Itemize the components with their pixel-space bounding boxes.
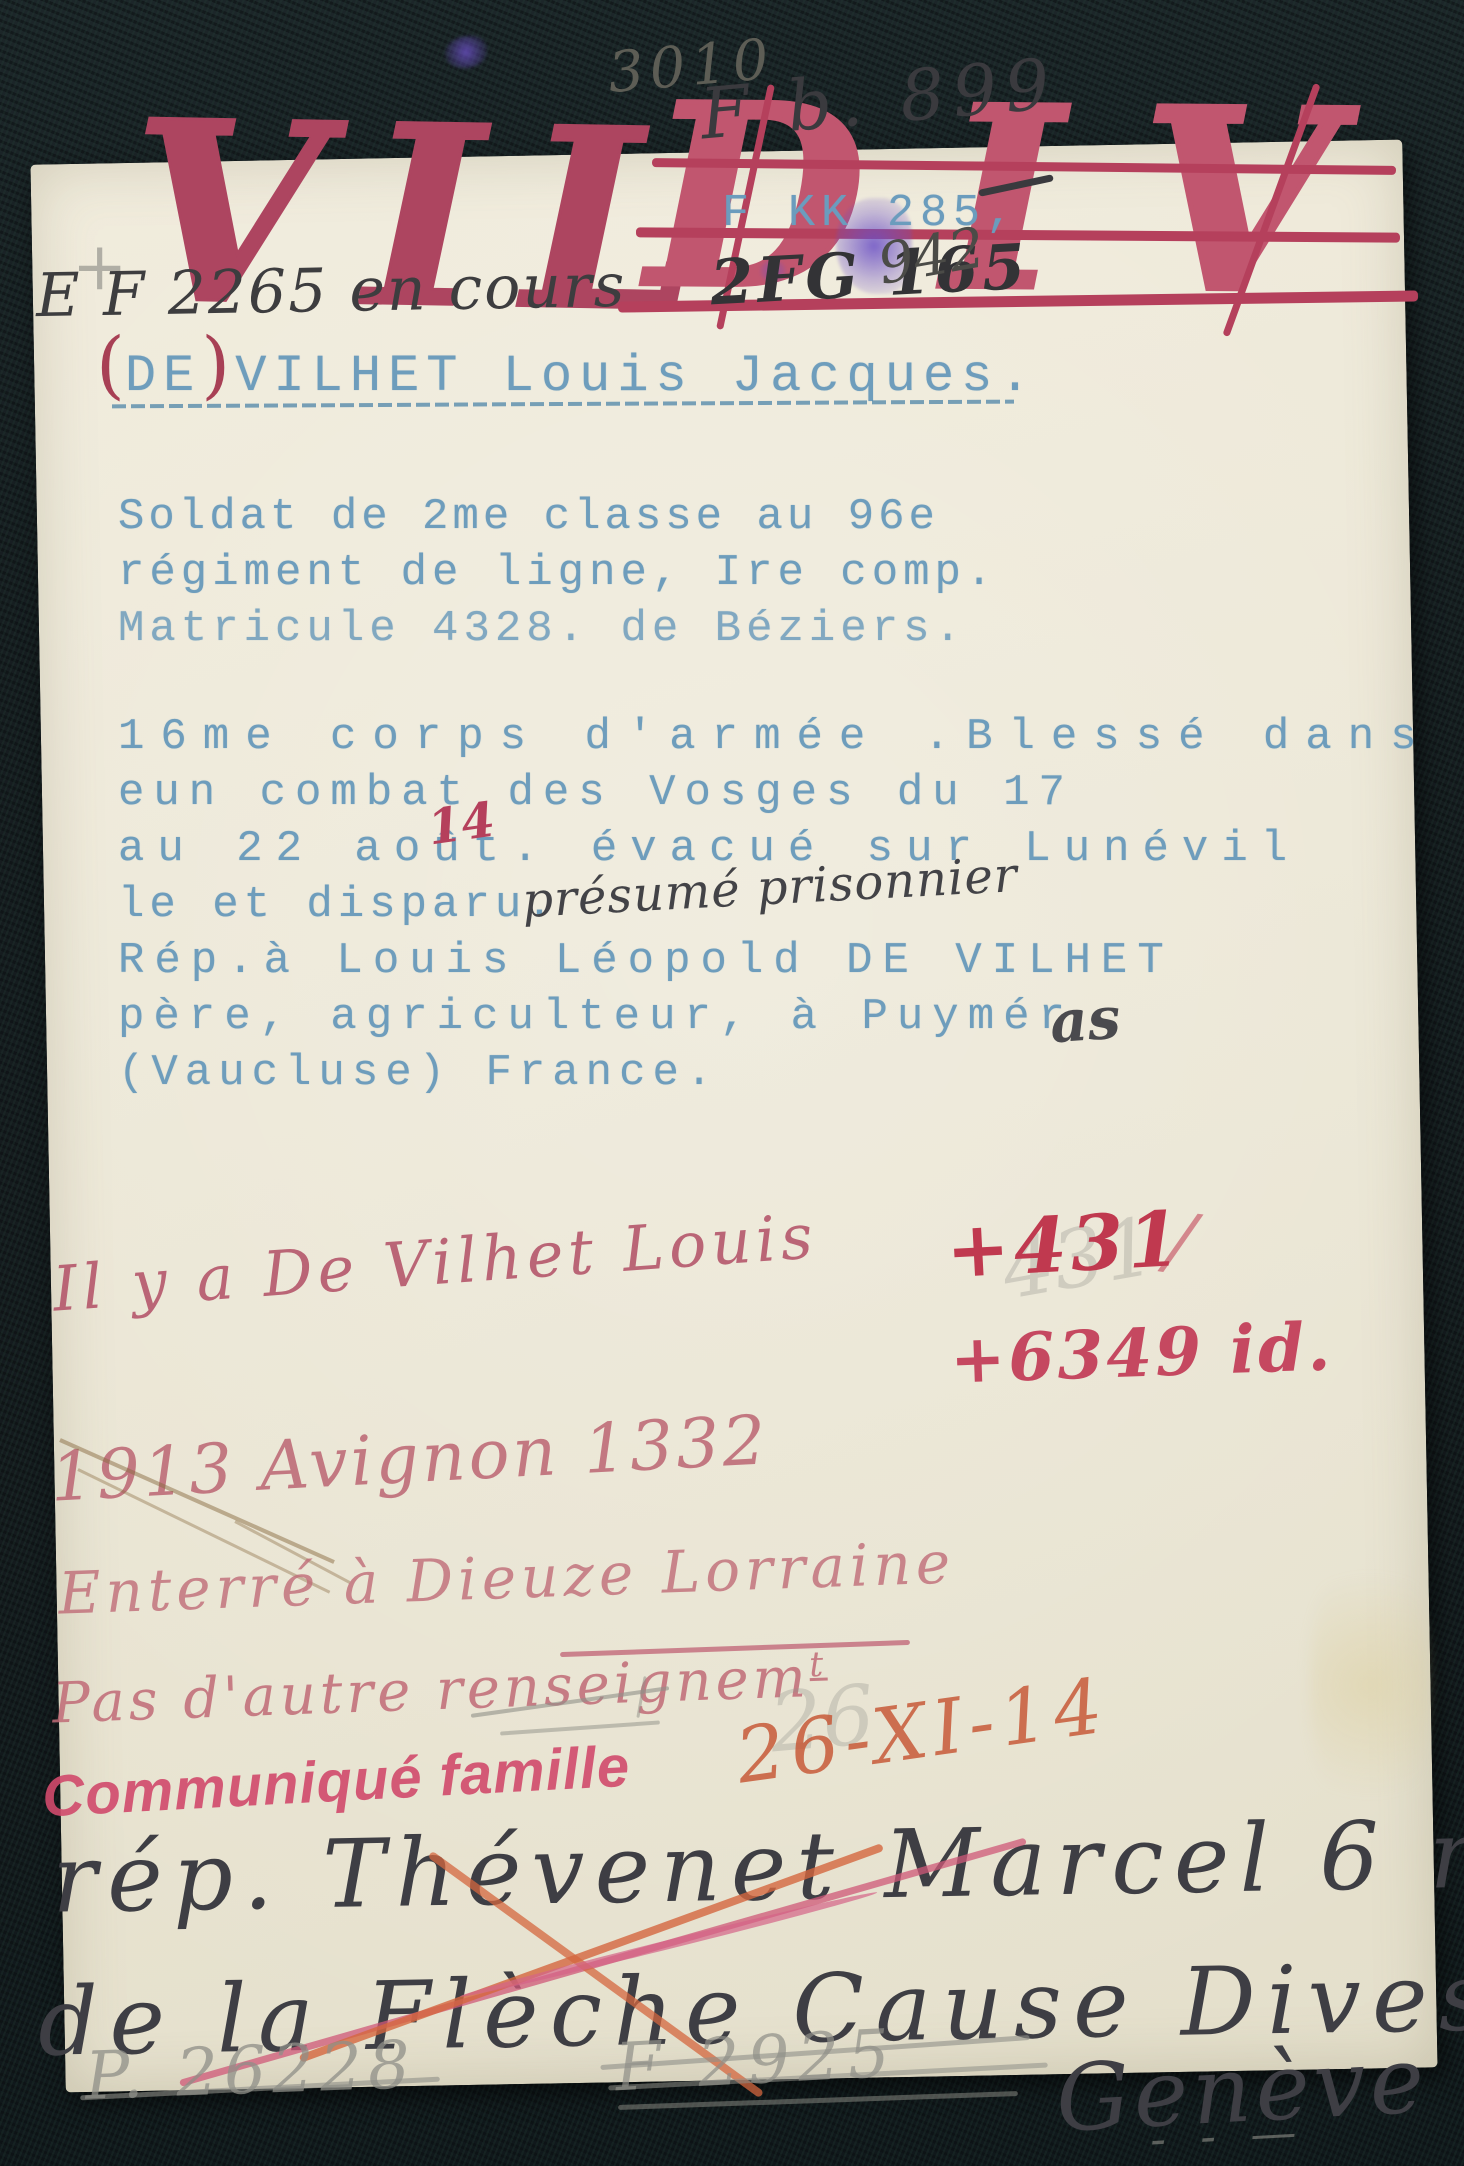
purple-ink-blot (445, 36, 487, 68)
typed-body-line: Matricule 4328. de Béziers. (118, 604, 966, 654)
red-note-plus431: +431 (944, 1194, 1187, 1295)
typed-body-line: le et disparu. (118, 880, 558, 930)
red-paren-open: ( (96, 322, 125, 408)
ref-ef-2265: E F 2265 en cours (35, 251, 627, 331)
typed-body-line: régiment de ligne, Ire comp. (118, 548, 997, 598)
red-note-plus6349: +6349 id. (949, 1307, 1335, 1398)
typed-body-line: père, agriculteur, à Puymér (118, 992, 1074, 1042)
name-line: (DE) VILHET Louis Jacques. (96, 322, 1038, 408)
name-text: VILHET Louis Jacques. (235, 347, 1037, 406)
typed-body-line: Rép.à Louis Léopold DE VILHET (118, 936, 1174, 986)
red-paren-close: ) (201, 322, 230, 408)
yellow-aging-stain (1310, 1550, 1430, 1820)
scanned-archive-card-photo: + VIL DIV 3010 F b. 899 F KK 285, 2FG 16… (0, 0, 1464, 2166)
name-particle: DE (125, 347, 201, 406)
red-year-14-annotation: 14 (424, 792, 498, 857)
typed-body-line: 16me corps d'armée .Blessé dans (118, 712, 1433, 762)
pencil-p-number: P. 26228 (84, 2026, 417, 2115)
typed-body-line: Soldat de 2me classe au 96e (118, 492, 939, 542)
pencil-dashes: - - — (1149, 2104, 1308, 2166)
typed-body-line: eun combat des Vosges du 17 (118, 768, 1074, 818)
handwritten-as-suffix: as (1048, 984, 1123, 1057)
typed-body-line: (Vaucluse) France. (118, 1048, 719, 1098)
